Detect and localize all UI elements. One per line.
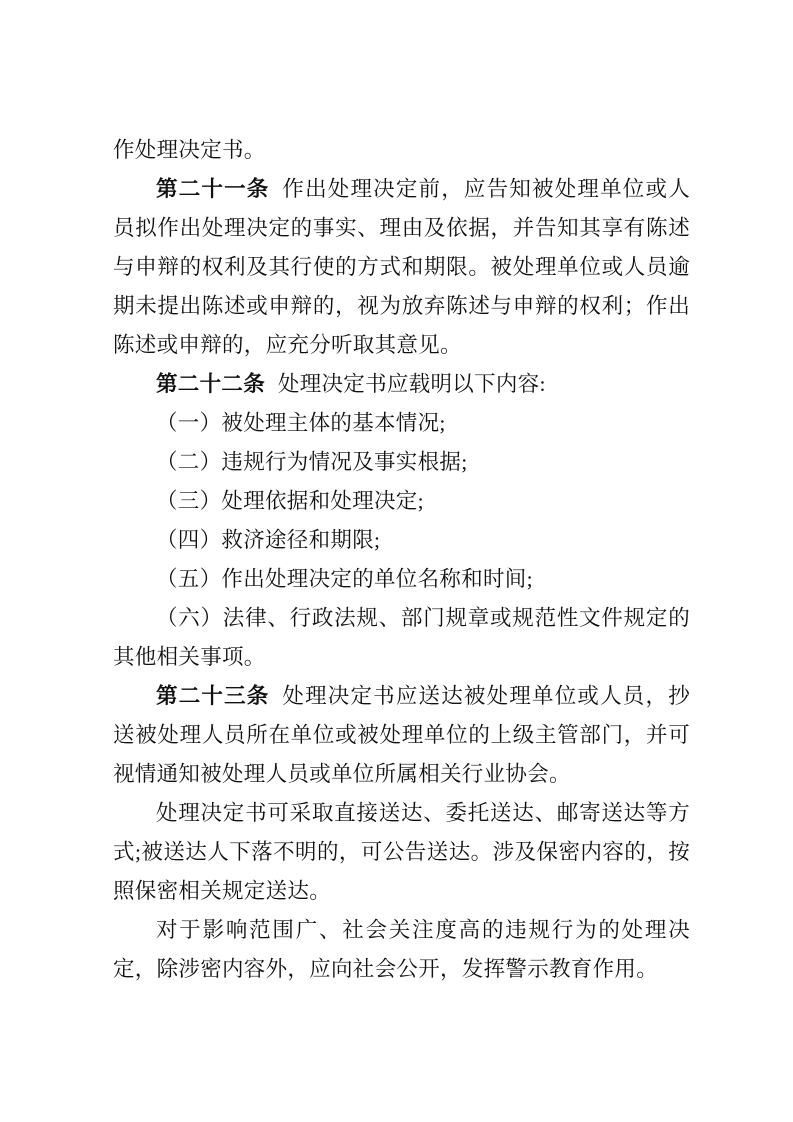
list-item-5: （五）作出处理决定的单位名称和时间;	[113, 560, 690, 599]
article-21-text: 作出处理决定前，应告知被处理单位或人员拟作出处理决定的事实、理由及依据，并告知其…	[113, 177, 690, 357]
list-item-6: （六）法律、行政法规、部门规章或规范性文件规定的其他相关事项。	[113, 599, 690, 677]
paragraph-public-disclosure: 对于影响范围广、社会关注度高的违规行为的处理决定，除涉密内容外，应向社会公开，发…	[113, 911, 690, 989]
list-item-1: （一）被处理主体的基本情况;	[113, 404, 690, 443]
paragraph-article-21: 第二十一条作出处理决定前，应告知被处理单位或人员拟作出处理决定的事实、理由及依据…	[113, 170, 690, 365]
article-23-number: 第二十三条	[156, 684, 269, 708]
paragraph-article-23: 第二十三条处理决定书应送达被处理单位或人员，抄送被处理人员所在单位或被处理单位的…	[113, 677, 690, 794]
list-item-3: （三）处理依据和处理决定;	[113, 482, 690, 521]
paragraph-continuation: 作处理决定书。	[113, 131, 690, 170]
paragraph-article-22: 第二十二条处理决定书应载明以下内容:	[113, 365, 690, 404]
list-item-4: （四）救济途径和期限;	[113, 521, 690, 560]
article-22-number: 第二十二条	[156, 372, 265, 396]
paragraph-delivery-methods: 处理决定书可采取直接送达、委托送达、邮寄送达等方式;被送达人下落不明的，可公告送…	[113, 794, 690, 911]
article-22-text: 处理决定书应载明以下内容:	[278, 372, 546, 396]
list-item-2: （二）违规行为情况及事实根据;	[113, 443, 690, 482]
document-page: 作处理决定书。 第二十一条作出处理决定前，应告知被处理单位或人员拟作出处理决定的…	[0, 0, 793, 1122]
article-21-number: 第二十一条	[156, 177, 269, 201]
